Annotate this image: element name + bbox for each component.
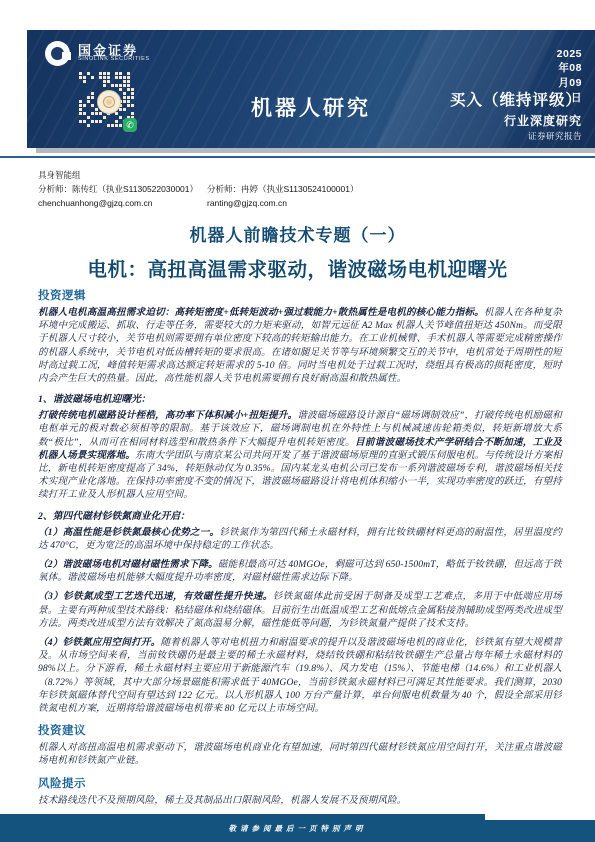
analyst-block: 具身智能组 分析师：陈传红（执业S1130522030001） 分析师：冉婷（执… [38,168,565,210]
footer-disclaimer: 敬请参阅最后一页特别声明 [0,823,595,834]
paragraph-point-3: （3）钐铁氮成型工艺迭代迅速，有效磁性提升快速。钐铁氮磁体此前受困于制备及成型工… [38,590,562,630]
header-divider [0,156,595,158]
subhead-harmonic-motor: 1、谐波磁场电机迎曙光： [38,391,562,405]
brand-text: 国金证券 SINOLINK SECURITIES [78,44,150,63]
risk-heading: 风险提示 [38,775,562,791]
header-banner: 国金证券 SINOLINK SECURITIES ✆ 机器人研究 2025年08… [27,30,595,148]
analyst-1-name: 分析师：陈传红（执业S1130522030001） [38,182,207,196]
paragraph-point-1: （1）高温性能是钐铁氮最核心优势之一。钐铁氮作为第四代稀土永磁材料，拥有比钕铁硼… [38,526,562,552]
wechat-icon: ✆ [123,118,137,132]
risk-paragraph: 技术路线迭代不及预期风险，稀土及其制品出口限制风险，机器人发展不及预期风险。 [38,794,562,807]
sub-title: 电机：高扭高温需求驱动，谐波磁场电机迎曙光 [0,254,595,282]
paragraph-point-2: （2）谐波磁场电机对磁材磁性需求下降。磁能积最高可达 40MGOe，剩磁可达到 … [38,558,562,584]
analyst-2-name: 分析师：冉婷（执业S1130524100001） [207,182,565,196]
report-type: 行业深度研究 [504,112,582,129]
paragraph-harmonic: 打破传统电机磁路设计桎梏，高功率下体积减小+扭矩提升。谐波磁场磁路设计源自“磁场… [38,409,562,501]
paragraph-point-4: （4）钐铁氮应用空间打开。随着机器人等对电机扭力和耐温要求的提升以及谐波磁场电机… [38,636,562,715]
main-title: 机器人前瞻技术专题（一） [0,221,595,246]
brand-name-en: SINOLINK SECURITIES [78,57,150,63]
sinolink-logo-icon [45,41,70,66]
report-tag: 证券研究报告 [528,130,582,142]
paragraph-demand: 机器人电机高温高扭需求迫切：高转矩密度+低转矩波动+强过载能力+散热属性是电机的… [38,306,562,385]
invest-logic-heading: 投资逻辑 [38,287,562,303]
report-body: 投资逻辑 机器人电机高温高扭需求迫切：高转矩密度+低转矩波动+强过载能力+散热属… [38,287,562,813]
report-page: 国金证券 SINOLINK SECURITIES ✆ 机器人研究 2025年08… [0,0,595,842]
subhead-smfen-magnet: 2、第四代磁材钐铁氮商业化开启： [38,508,562,522]
qr-center-badge [97,90,121,114]
analyst-team: 具身智能组 [38,168,565,182]
analyst-2-email: ranting@gjzq.com.cn [207,196,565,210]
brand-name-cn: 国金证券 [78,44,150,58]
brand-logo: 国金证券 SINOLINK SECURITIES [45,41,150,66]
advice-paragraph: 机器人对高扭高温电机需求驱动下，谐波磁场电机商业化有望加速，同时第四代磁材钐铁氮… [38,741,562,767]
analyst-1-email: chenchuanhong@gjzq.com.cn [38,196,207,210]
rating-badge: 买入（维持评级） [450,88,582,110]
footer-bar: 敬请参阅最后一页特别声明 [0,814,595,842]
invest-advice-heading: 投资建议 [38,722,562,738]
